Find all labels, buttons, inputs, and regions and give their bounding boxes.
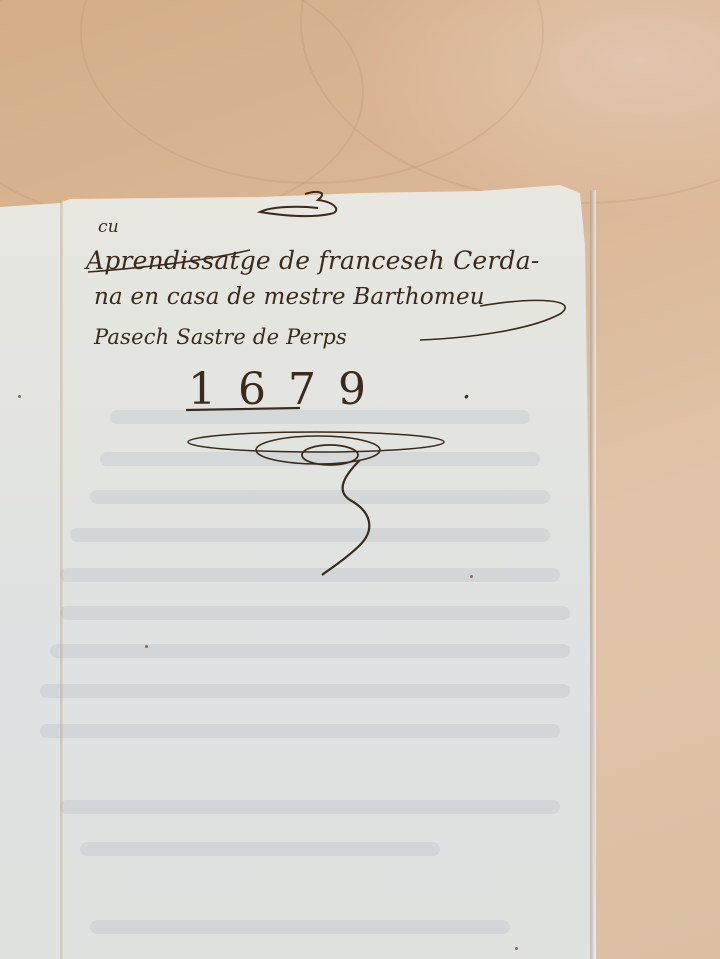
ink-flourish-icon: [0, 0, 720, 959]
